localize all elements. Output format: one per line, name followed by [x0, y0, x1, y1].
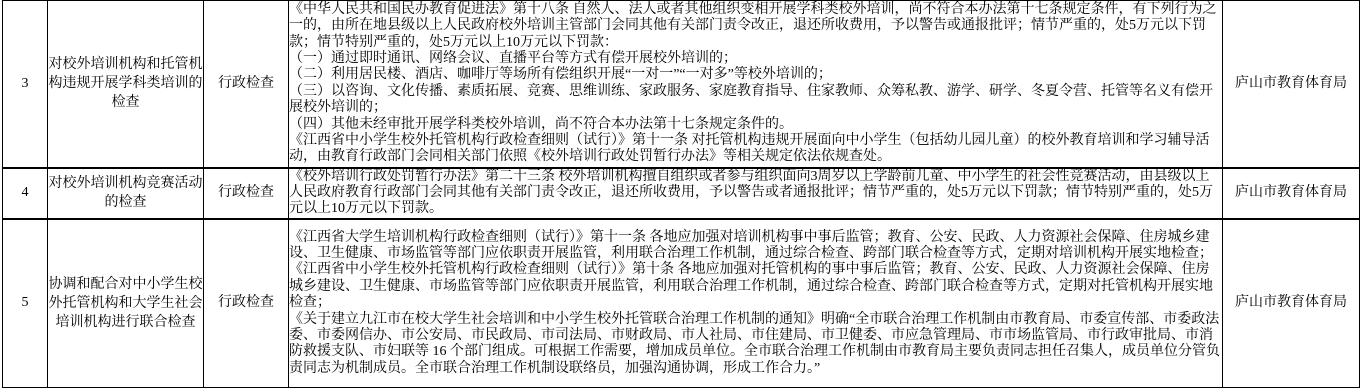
check-type: 行政检查	[204, 219, 289, 388]
legal-basis-text: 《校外培训行政处罚暂行办法》第二十三条 校外培训机构擅自组织或者参与组织面向3周…	[289, 168, 1223, 219]
implementing-authority: 庐山市教育体育局	[1223, 1, 1360, 168]
table-row: 4 对校外培训机构竞赛活动的检查 行政检查 《校外培训行政处罚暂行办法》第二十三…	[3, 168, 1360, 219]
check-type: 行政检查	[204, 168, 289, 219]
implementing-authority: 庐山市教育体育局	[1223, 219, 1360, 388]
check-type: 行政检查	[204, 1, 289, 168]
inspection-item-name: 对校外培训机构和托管机构违规开展学科类培训的检查	[48, 1, 204, 168]
inspection-duty-table: 3 对校外培训机构和托管机构违规开展学科类培训的检查 行政检查 《中华人民共和国…	[2, 0, 1360, 388]
row-number: 3	[3, 1, 48, 168]
row-number: 4	[3, 168, 48, 219]
table-row: 3 对校外培训机构和托管机构违规开展学科类培训的检查 行政检查 《中华人民共和国…	[3, 1, 1360, 168]
inspection-item-name: 对校外培训机构竞赛活动的检查	[48, 168, 204, 219]
inspection-item-name: 协调和配合对中小学生校外托管机构和大学生社会培训机构进行联合检查	[48, 219, 204, 388]
table-row: 5 协调和配合对中小学生校外托管机构和大学生社会培训机构进行联合检查 行政检查 …	[3, 219, 1360, 388]
implementing-authority: 庐山市教育体育局	[1223, 168, 1360, 219]
row-number: 5	[3, 219, 48, 388]
legal-basis-text: 《中华人民共和国民办教育促进法》第十八条 自然人、法人或者其他组织变相开展学科类…	[289, 1, 1223, 168]
legal-basis-text: 《江西省大学生培训机构行政检查细则（试行）》第十一条 各地应加强对培训机构事中事…	[289, 219, 1223, 388]
